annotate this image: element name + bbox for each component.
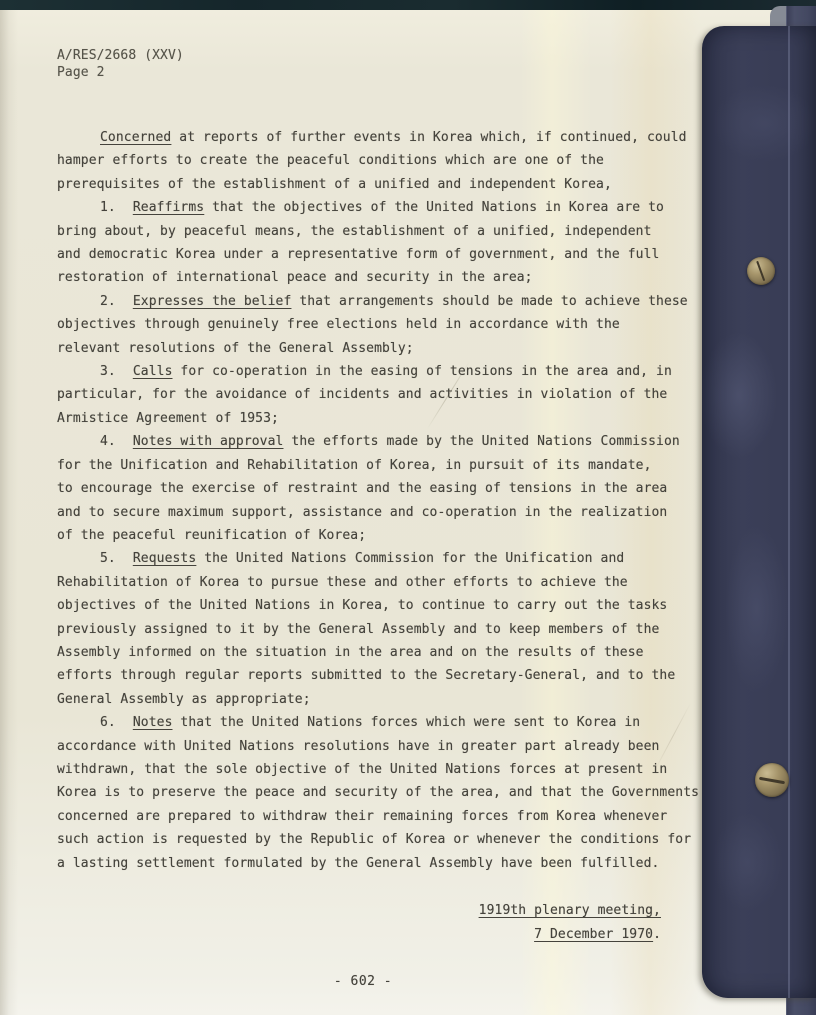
resolution-body-text: Concerned at reports of further events i… <box>57 126 717 875</box>
paragraph-lead-underlined: Concerned <box>100 130 171 145</box>
page-number-footer: - 602 - <box>57 974 669 989</box>
document-reference: A/RES/2668 (XXV) <box>57 47 184 64</box>
paragraph-3: 3.Calls for co-operation in the easing o… <box>57 360 717 430</box>
paragraph-2: 2.Expresses the belief that arrangements… <box>57 290 717 360</box>
binder-seam <box>788 26 790 998</box>
paragraph-number: 4. <box>100 434 116 449</box>
binder-screw-bottom <box>755 763 789 797</box>
paragraph-preamble: Concerned at reports of further events i… <box>57 126 717 196</box>
paragraph-lead-underlined: Requests <box>133 551 196 566</box>
paragraph-number: 6. <box>100 715 116 730</box>
date-line: 7 December 1970. <box>57 923 661 947</box>
plenary-meeting-line: 1919th plenary meeting, <box>57 899 661 923</box>
paragraph-lead-underlined: Notes with approval <box>133 434 284 449</box>
signature-block: 1919th plenary meeting, 7 December 1970. <box>57 899 661 946</box>
paragraph-number: 3. <box>100 364 116 379</box>
paragraph-text: the United Nations Commission for the Un… <box>57 551 675 706</box>
paragraph-4: 4.Notes with approval the efforts made b… <box>57 430 717 547</box>
binder-screw-top <box>747 257 775 285</box>
paragraph-lead-underlined: Expresses the belief <box>133 294 292 309</box>
paragraph-6: 6.Notes that the United Nations forces w… <box>57 711 717 875</box>
paragraph-number: 5. <box>100 551 116 566</box>
scanned-document-page: A/RES/2668 (XXV) Page 2 Concerned at rep… <box>0 0 816 1015</box>
paragraph-5: 5.Requests the United Nations Commission… <box>57 547 717 711</box>
paragraph-lead-underlined: Reaffirms <box>133 200 204 215</box>
binder-strip <box>702 26 816 998</box>
paragraph-lead-underlined: Notes <box>133 715 173 730</box>
paragraph-text: that the United Nations forces which wer… <box>57 715 699 870</box>
paragraph-lead-underlined: Calls <box>133 364 173 379</box>
paragraph-1: 1.Reaffirms that the objectives of the U… <box>57 196 717 290</box>
page-label: Page 2 <box>57 64 184 81</box>
paragraph-number: 1. <box>100 200 116 215</box>
paragraph-number: 2. <box>100 294 116 309</box>
paragraph-text: the efforts made by the United Nations C… <box>57 434 680 543</box>
page-header: A/RES/2668 (XXV) Page 2 <box>57 47 184 81</box>
